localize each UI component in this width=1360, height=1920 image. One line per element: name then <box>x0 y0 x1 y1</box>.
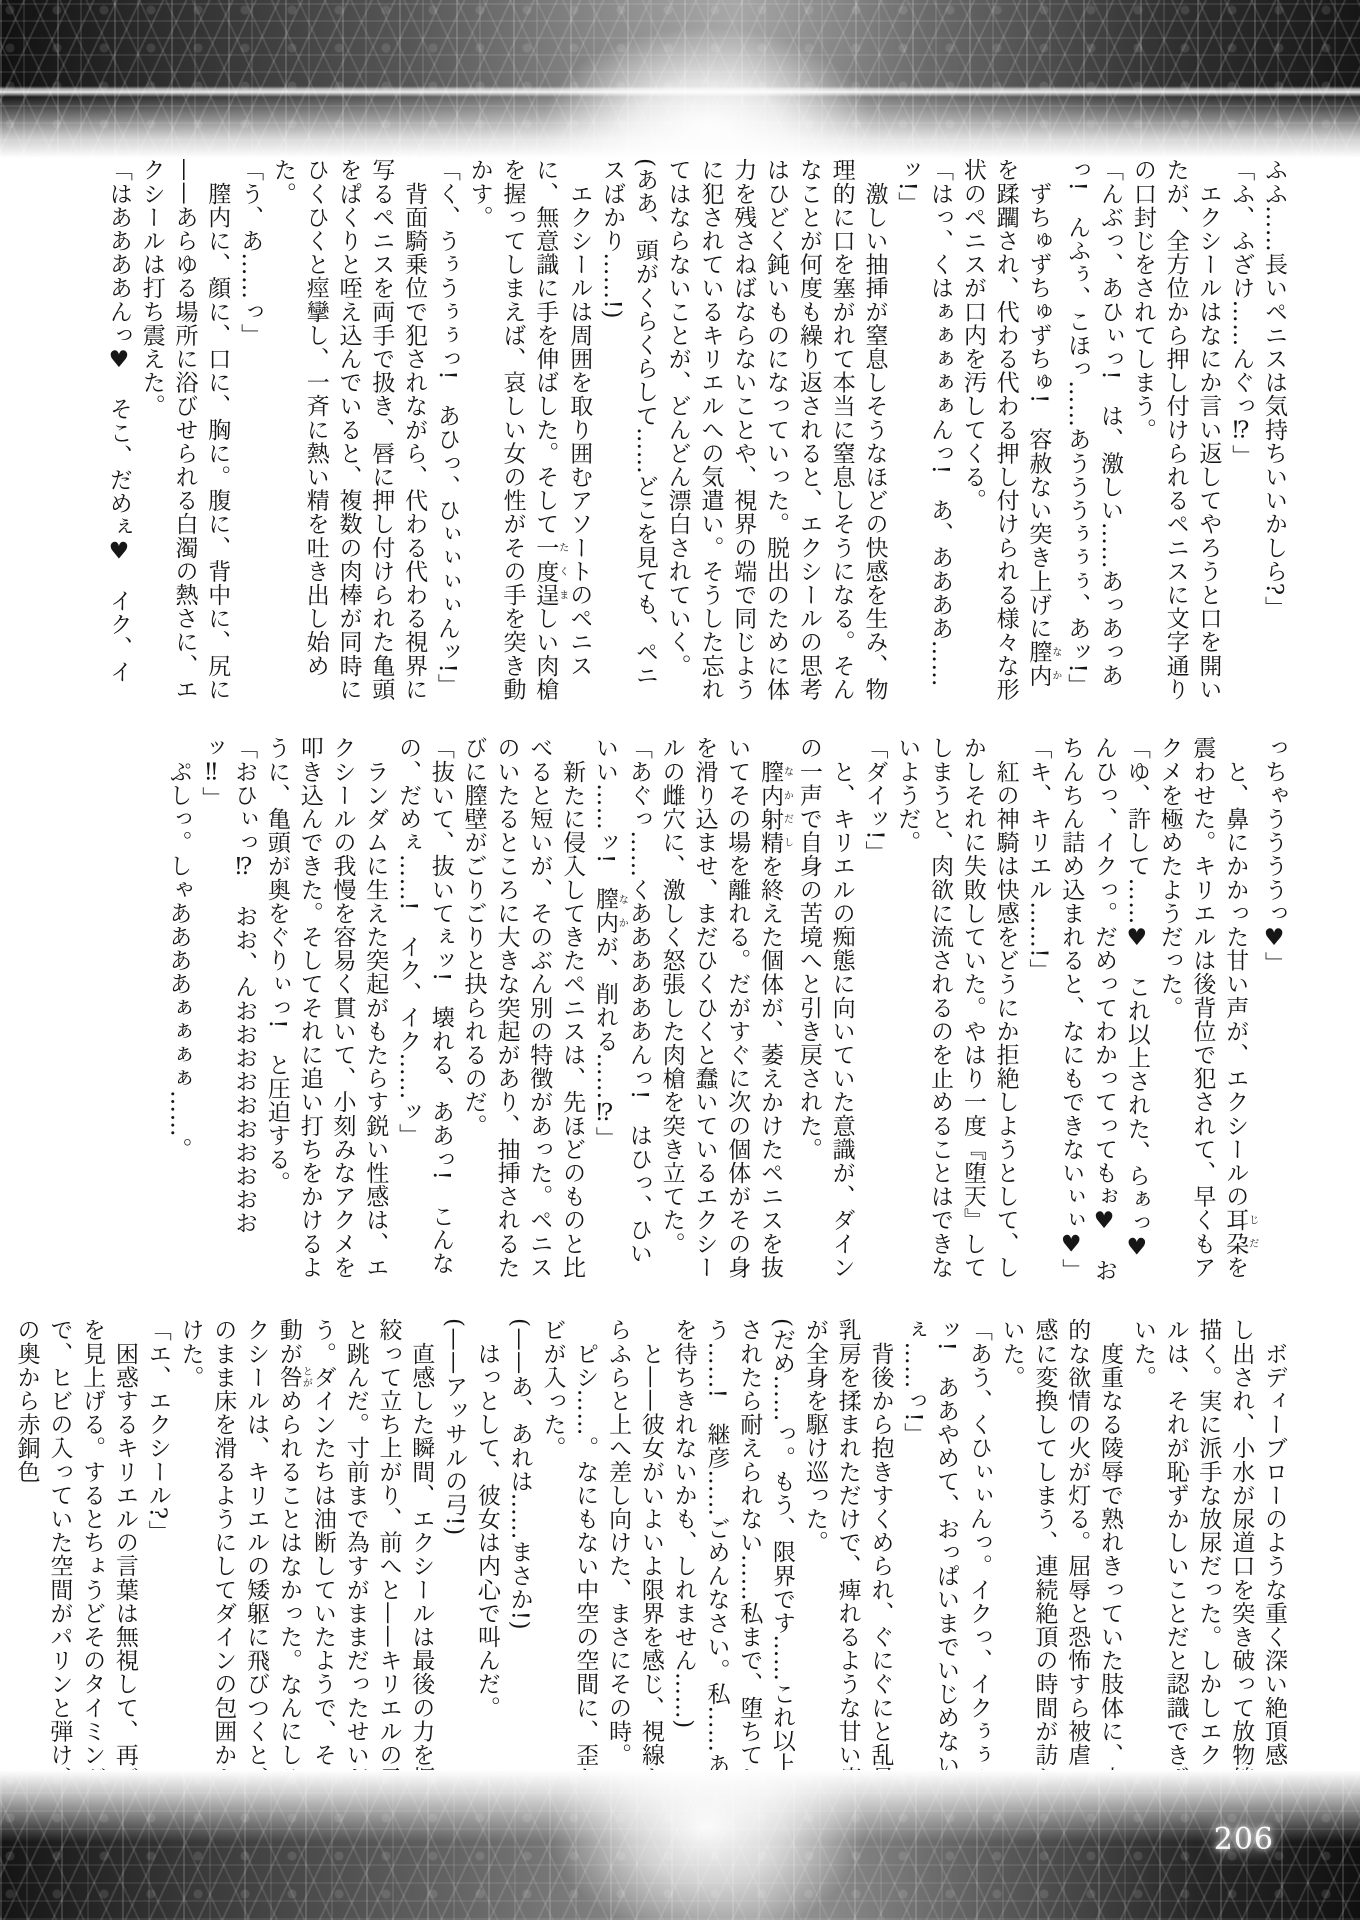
paragraph: 「はっ、くはぁぁぁぁぁんっ! あ、ああああ……ッ!」 <box>890 158 956 710</box>
paragraph: と、鼻にかかった甘い声が、エクシールの耳朶じだを震わせた。キリエルは後背位で犯さ… <box>1153 736 1257 1288</box>
paragraph: 紅の神騎は快感をどうにか拒絶しようとして、しかしそれに失敗していた。やはり一度『… <box>890 736 1021 1288</box>
paragraph: ぷしっ。しゃああああぁぁぁぁ……。 <box>162 736 195 1288</box>
paragraph: 「あぐっ……くああああああんっ! はひっ、ひいいい……ッ! 膣内なかが、削れる…… <box>588 736 655 1288</box>
paragraph: (——あ、あれは……まさか!) <box>503 1318 536 1834</box>
paragraph: と、キリエルの痴態に向いていた意識が、ダインの一声で自身の苦境へと引き戻された。 <box>792 736 858 1288</box>
paragraph: 新たに侵入してきたペニスは、先ほどのものと比べると短いが、そのぶん別の特徴があっ… <box>457 736 588 1288</box>
top-border-decoration <box>0 0 1360 158</box>
paragraph: 「抜いて、抜いてぇッ! 壊れる、ああっ! こんなの、だめぇ……! イク、イク……… <box>391 736 457 1288</box>
paragraph: 「ゆ、許して……♥ これ以上された、らぁっ♥ んひっ、イクっ。だめってわかってっ… <box>1054 736 1152 1288</box>
paragraph: はっとして、彼女は内心で叫んだ。 <box>470 1318 503 1834</box>
paragraph: (——アッサルの弓!) <box>437 1318 470 1834</box>
paragraph: 困惑するキリエルの言葉は無視して、再び上を見上げる。するとちょうどそのタイミング… <box>10 1318 141 1834</box>
novel-page: ふふ……長いペニスは気持ちいいかしら?」「ふ、ふざけ……んぐっ⁉」 エクシールは… <box>0 0 1360 1920</box>
paragraph: (ああ、頭がくらくらして……どこを見ても、ペニスばかり……!) <box>595 158 661 710</box>
paragraph: ボディーブローのような重く深い絶頂感に押し出され、小水が尿道口を突き破って放物線… <box>1126 1318 1290 1834</box>
paragraph: 「く、うぅうぅぅっ! あひっ、ひぃぃぃぃんッ!」 <box>430 158 463 710</box>
page-number: 206 <box>1214 1822 1274 1857</box>
paragraph: ふふ……長いペニスは気持ちいいかしら?」 <box>1257 158 1290 710</box>
paragraph: 激しい抽挿が窒息しそうなほどの快感を生み、物理的に口を塞がれて本当に窒息しそうに… <box>661 158 891 710</box>
text-band-bottom: ボディーブローのような重く深い絶頂感に押し出され、小水が尿道口を突き破って放物線… <box>166 1318 1290 1834</box>
paragraph: 直感した瞬間、エクシールは最後の力を振り絞って立ち上がり、前へと——キリエルの元… <box>174 1318 438 1834</box>
paragraph: 度重なる陵辱で熟れきっていた肢体に、本格的な欲情の火が灯る。屈辱と恐怖すら被虐の… <box>995 1318 1126 1834</box>
paragraph: 「はああああんっ♥ そこ、だめぇ♥ イク、イ <box>102 158 135 710</box>
paragraph: エクシールはなにか言い返してやろうと口を開いたが、全方位から押し付けられるペニス… <box>1126 158 1224 710</box>
paragraph: 背面騎乗位で犯されながら、代わる代わる視界に写るペニスを両手で扱き、唇に押し付け… <box>266 158 430 710</box>
paragraph: 「う、あ……っ」 <box>233 158 266 710</box>
paragraph: 「ダイッ!」 <box>858 736 891 1288</box>
paragraph: (だめ……っ。もう、限界です……これ以上イカされたら耐えられない……私まで、堕ち… <box>667 1318 798 1834</box>
paragraph: と——彼女がいよいよ限界を感じ、視線をふらふらと上へ差し向けた、まさにその時。 <box>601 1318 667 1834</box>
paragraph: 膣内に、顔に、口に、胸に。腹に、背中に、尻に——あらゆる場所に浴びせられる白濁の… <box>135 158 233 710</box>
paragraph: 「んぶっ、あひぃっ! は、激しい……あっあっあっ! んふぅ、こほっ……あうううぅ… <box>1060 158 1126 710</box>
paragraph: ずちゅずちゅずちゅ! 容赦ない突き上げに膣内なかを蹂躙され、代わる代わる押し付け… <box>956 158 1060 710</box>
text-band-middle: っちゃううううっ♥」 と、鼻にかかった甘い声が、エクシールの耳朶じだを震わせた。… <box>166 736 1290 1288</box>
paragraph: ピシ……。なにもない中空の空間に、歪なヒビが入った。 <box>536 1318 602 1834</box>
paragraph: 「ふ、ふざけ……んぐっ⁉」 <box>1224 158 1257 710</box>
paragraph: 背後から抱きすくめられ、ぐにぐにと乱暴に乳房を揉まれただけで、痺れるような甘い疼… <box>798 1318 896 1834</box>
paragraph: エクシールは周囲を取り囲むアソートのペニスに、無意識に手を伸ばした。そして一度逞… <box>463 158 595 710</box>
bottom-border-decoration: 206 <box>0 1770 1360 1920</box>
paragraph: 「キ、キリエル……!」 <box>1022 736 1055 1288</box>
text-band-top: ふふ……長いペニスは気持ちいいかしら?」「ふ、ふざけ……んぐっ⁉」 エクシールは… <box>166 158 1290 710</box>
paragraph: 「おひぃっ⁉ おお、んおおおおおおおおおおッ‼」 <box>195 736 261 1288</box>
paragraph: 「エ、エクシール?」 <box>141 1318 174 1834</box>
paragraph: 膣内射精なかだしを終えた個体が、萎えかけたペニスを抜いてその場を離れる。だがすぐ… <box>655 736 792 1288</box>
paragraph: っちゃううううっ♥」 <box>1257 736 1290 1288</box>
paragraph: ランダムに生えた突起がもたらす鋭い性感は、エクシールの我慢を容易く貫いて、小刻み… <box>260 736 391 1288</box>
paragraph: 「あう、くひぃぃんっ。イクっ、イクぅぅぅぅッ! ああやめて、おっぱいまでいじめな… <box>896 1318 994 1834</box>
